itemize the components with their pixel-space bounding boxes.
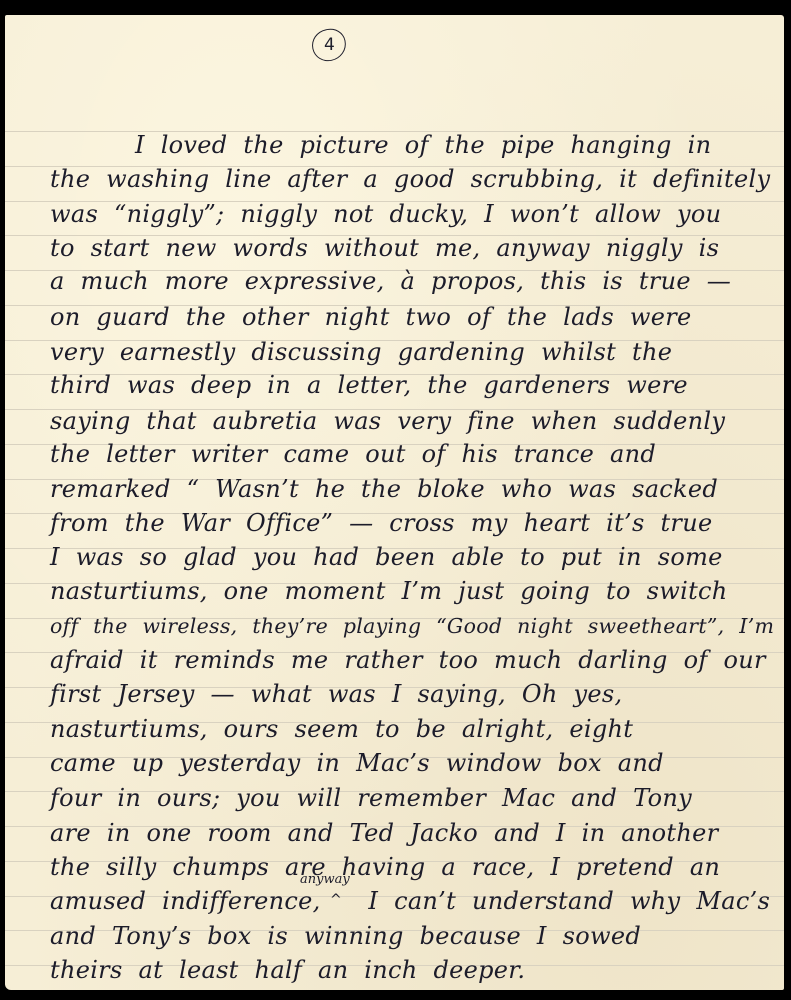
letter-line: third was deep in a letter, the gardener… [50, 368, 770, 402]
letter-line: I loved the picture of the pipe hanging … [50, 128, 770, 162]
letter-line: first Jersey — what was I saying, Oh yes… [50, 677, 770, 711]
insertion-caret-icon: ^ [330, 892, 342, 908]
letter-line: and Tony’s box is winning because I sowe… [50, 919, 770, 953]
letter-line: a much more expressive, à propos, this i… [50, 264, 770, 298]
letter-line: nasturtiums, one moment I’m just going t… [50, 574, 770, 608]
letter-line: are in one room and Ted Jacko and I in a… [50, 816, 770, 850]
inserted-word: anyway [300, 872, 350, 887]
letter-line: was “niggly”; niggly not ducky, I won’t … [50, 197, 770, 231]
letter-line: from the War Office” — cross my heart it… [50, 506, 770, 540]
letter-line: the silly chumps are having a race, I pr… [50, 850, 770, 884]
letter-line: four in ours; you will remember Mac and … [50, 781, 770, 815]
letter-line: came up yesterday in Mac’s window box an… [50, 746, 770, 780]
letter-line: nasturtiums, ours seem to be alright, ei… [50, 712, 770, 746]
letter-line: on guard the other night two of the lads… [50, 300, 770, 334]
letter-line: I was so glad you had been able to put i… [50, 540, 770, 574]
letter-line: off the wireless, they’re playing “Good … [50, 609, 770, 643]
letter-line: afraid it reminds me rather too much dar… [50, 643, 770, 677]
letter-line: the washing line after a good scrubbing,… [50, 162, 770, 196]
letter-line: remarked “ Wasn’t he the bloke who was s… [50, 472, 770, 506]
letter-line: very earnestly discussing gardening whil… [50, 335, 770, 369]
letter-line: theirs at least half an inch deeper. [50, 953, 770, 987]
letter-line: the letter writer came out of his trance… [50, 437, 770, 471]
page-number: 4 [324, 35, 335, 55]
letter-line: to start new words without me, anyway ni… [50, 231, 770, 265]
letter-line: amused indifference, I can’t understand … [50, 884, 770, 918]
letter-line: saying that aubretia was very fine when … [50, 404, 770, 438]
